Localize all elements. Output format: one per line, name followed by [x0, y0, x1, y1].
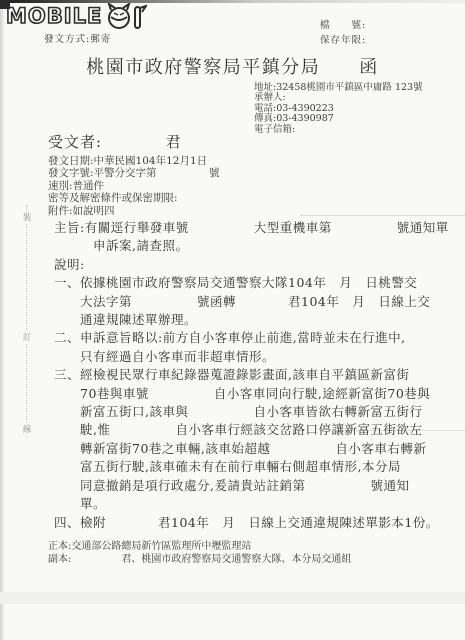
text-line: 只有經過自小客車而非超車情形。 — [54, 348, 449, 366]
text-line: 說明: — [54, 256, 449, 274]
text-line: 通違規陳述單辦理。 — [54, 311, 449, 329]
scan-edge-left — [0, 0, 5, 640]
mobile01-devil-icon — [105, 3, 147, 30]
text-line: 大法字第 號函轉 君104年 月 日線上交 — [54, 293, 449, 311]
binding-margin: 裝 訂 線 — [20, 205, 34, 437]
text-line: 一、依據桃園市政府警察局交通警察大隊104年 月 日桃警交 — [54, 274, 449, 292]
agency-contact-block: 地址:32458桃園市平鎮區中庸路 123號承辦人:電話:03-4390223傳… — [254, 83, 423, 135]
text-line: 轉新富街70巷之車輛,該車始超越 自小客車右轉新 — [54, 440, 449, 458]
mobile01-watermark-logo: MOBILE — [6, 3, 147, 30]
text-line: 速別:普通件 — [48, 180, 220, 192]
scanned-official-letter: MOBILE 檔 號: 保存年限: 發文方式:郵寄 桃園市政府警察局平鎮分局 函… — [0, 0, 465, 640]
binding-dotted-line — [26, 205, 27, 437]
recipient-label: 受文者: — [48, 133, 102, 151]
letter-body: 主旨:有關逕行舉發車號 大型重機車第 號通知單 申訴案,請查照。說明:一、依據桃… — [54, 219, 449, 532]
scan-line-artifact — [300, 215, 465, 216]
text-line: 同意撤銷是項行政處分,爰請貴站註銷第 號通知 — [54, 477, 449, 495]
text-line: 副本: 君、桃園市政府警察局交通警察大隊、本分局交通組 — [48, 554, 351, 567]
text-line: 三、經檢視民眾行車紀錄器蒐證錄影畫面,該車自平鎮區新富街 — [54, 366, 449, 384]
text-line: 富五街行駛,該車確未有在前行車輛右側超車情形,本分局 — [54, 458, 449, 476]
text-line: 申訴案,請查照。 — [54, 237, 449, 255]
text-line: 新富五街口,該車與 自小客車皆欲右轉新富五街行 — [54, 403, 449, 421]
text-line: 發文日期:中華民國104年12月1日 — [48, 155, 220, 167]
recipient-line: 受文者: 君 — [48, 131, 182, 152]
text-line: 電子信箱: — [254, 125, 423, 135]
text-line: 二、申訴意旨略以:前方自小客車停止前進,當時並未在行進中, — [54, 329, 449, 347]
text-line: 單。 — [54, 495, 449, 513]
scan-band-artifact — [0, 592, 465, 604]
text-line: 主旨:有關逕行舉發車號 大型重機車第 號通知單 — [54, 219, 449, 237]
binding-mark-xian: 線 — [20, 423, 34, 435]
text-line: 附件:如說明四 — [48, 205, 220, 217]
text-line: 密等及解密條件或保密期限: — [48, 192, 220, 204]
text-line: 正本:交通部公路總局新竹區監理所中壢監理站 — [48, 541, 351, 554]
text-line: 70巷與車號 自小客車同向行駛,途經新富街70巷與 — [54, 385, 449, 403]
text-line: 四、檢附 君104年 月 日線上交通違規陳述單影本1份。 — [54, 514, 449, 532]
recipient-honorific: 君 — [166, 133, 182, 151]
text-line: 發文字號:平警分交字第 號 — [48, 167, 220, 179]
binding-mark-ding: 訂 — [20, 331, 34, 343]
binding-mark-zhuang: 裝 — [20, 211, 34, 223]
text-line: 駛,惟 自小客車行經該交岔路口停讓新富五街欲左 — [54, 421, 449, 439]
file-number-label: 檔 號: — [320, 18, 366, 33]
delivery-method-label: 發文方式:郵寄 — [44, 31, 111, 45]
file-number-block: 檔 號: 保存年限: — [320, 18, 366, 48]
document-meta-block: 發文日期:中華民國104年12月1日發文字號:平警分交字第 號速別:普通件密等及… — [48, 155, 220, 217]
retention-period-label: 保存年限: — [320, 33, 366, 48]
mobile01-logo-text: MOBILE — [6, 6, 102, 27]
distribution-block: 正本:交通部公路總局新竹區監理所中壢監理站副本: 君、桃園市政府警察局交通警察大… — [48, 541, 351, 567]
document-title: 桃園市政府警察局平鎮分局 函 — [0, 53, 465, 79]
